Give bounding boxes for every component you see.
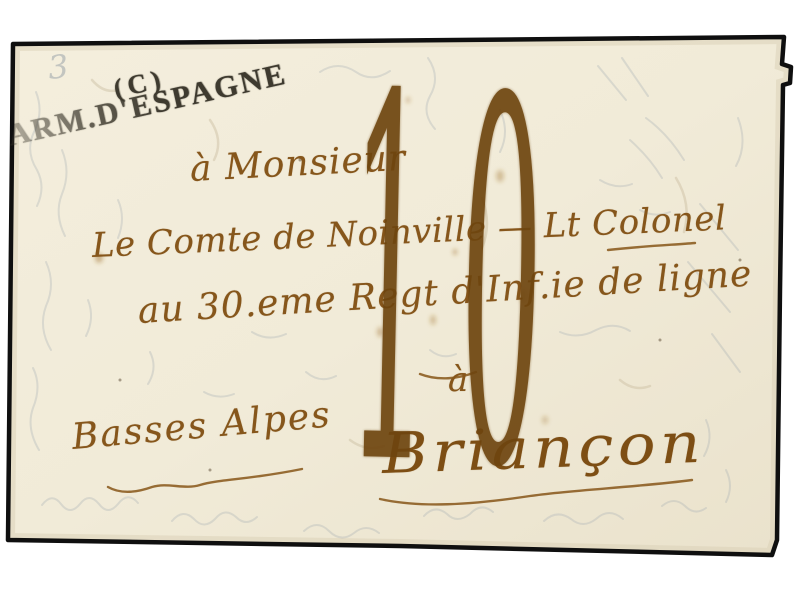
showthrough-numeral: 3: [46, 47, 70, 87]
cover-photo: 3 (C) ARM.D'ESPAGNE 10 à Monsieur Le Com…: [0, 0, 800, 599]
rate-mark: 10: [344, 36, 577, 541]
